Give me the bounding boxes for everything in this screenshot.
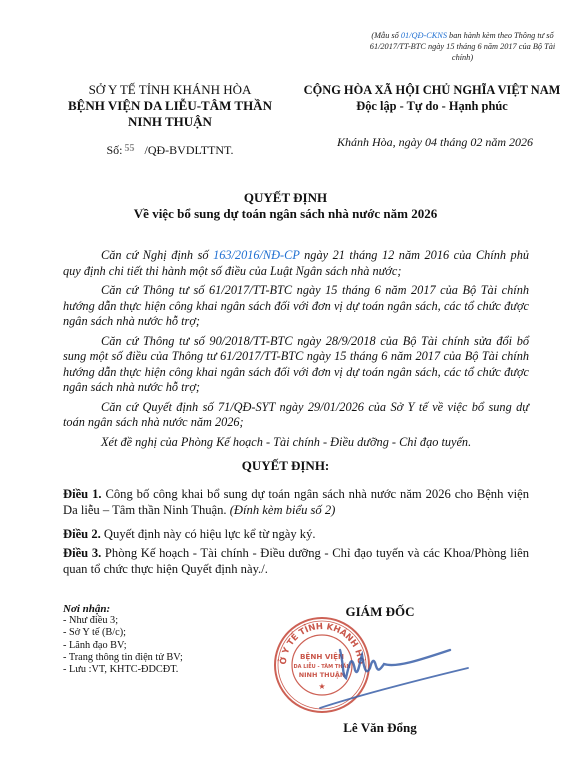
template-note: (Mẫu số 01/QĐ-CKNS ban hành kèm theo Thô… [360, 30, 565, 63]
recipient-item: - Như điều 3; [63, 615, 283, 627]
issuer-header: SỞ Y TẾ TỈNH KHÁNH HÒA BỆNH VIỆN DA LIỄU… [40, 82, 300, 158]
national-header: CỘNG HÒA XÃ HỘI CHỦ NGHĨA VIỆT NAM Độc l… [293, 82, 571, 150]
signer-role: GIÁM ĐỐC [300, 604, 460, 620]
preamble-text: Căn cứ Nghị định số [101, 248, 213, 262]
document-subject: Về việc bổ sung dự toán ngân sách nhà nư… [0, 206, 571, 222]
hospital-name-line1: BỆNH VIỆN DA LIỄU-TÂM THẦN [40, 98, 300, 114]
recipient-item: - Lãnh đạo BV; [63, 640, 283, 652]
preamble-item: Căn cứ Thông tư số 61/2017/TT-BTC ngày 1… [63, 283, 529, 330]
signer-name: Lê Văn Đổng [300, 720, 460, 736]
preamble-item: Xét đề nghị của Phòng Kế hoạch - Tài chí… [63, 435, 529, 451]
national-motto: Độc lập - Tự do - Hạnh phúc [293, 98, 571, 114]
number-suffix: /QĐ-BVDLTTNT. [145, 143, 234, 157]
number-label: Số: [106, 143, 122, 157]
articles: Điều 1. Công bố công khai bổ sung dự toá… [63, 486, 529, 585]
recipients-heading: Nơi nhận: [63, 603, 283, 615]
decision-heading: QUYẾT ĐỊNH: [0, 458, 571, 474]
department-name: SỞ Y TẾ TỈNH KHÁNH HÒA [40, 82, 300, 98]
article-2: Điều 2. Quyết định này có hiệu lực kể từ… [63, 526, 529, 542]
signature-scribble-icon [300, 620, 470, 720]
article-note: (Đính kèm biểu số 2) [230, 503, 336, 517]
signature-block: GIÁM ĐỐC Lê Văn Đổng [300, 604, 460, 620]
recipient-item: - Lưu :VT, KHTC-ĐDCĐT. [63, 664, 283, 676]
nation-name: CỘNG HÒA XÃ HỘI CHỦ NGHĨA VIỆT NAM [293, 82, 571, 98]
article-1: Điều 1. Công bố công khai bổ sung dự toá… [63, 486, 529, 518]
place-date: Khánh Hòa, ngày 04 tháng 02 năm 2026 [293, 134, 571, 150]
preamble-item: Căn cứ Nghị định số 163/2016/NĐ-CP ngày … [63, 248, 529, 279]
recipient-item: - Sở Y tế (B/c); [63, 627, 283, 639]
article-label: Điều 3. [63, 546, 101, 560]
article-label: Điều 1. [63, 487, 102, 501]
article-text: Quyết định này có hiệu lực kể từ ngày ký… [101, 527, 316, 541]
document-title: QUYẾT ĐỊNH Về việc bổ sung dự toán ngân … [0, 190, 571, 222]
preamble: Căn cứ Nghị định số 163/2016/NĐ-CP ngày … [63, 248, 529, 454]
decree-link[interactable]: 163/2016/NĐ-CP [213, 248, 300, 262]
number-value: 55 [125, 143, 135, 154]
preamble-item: Căn cứ Thông tư số 90/2018/TT-BTC ngày 2… [63, 334, 529, 396]
form-code-link[interactable]: 01/QĐ-CKNS [401, 31, 447, 40]
document-number: Số:55/QĐ-BVDLTTNT. [40, 141, 300, 158]
hospital-name-line2: NINH THUẬN [40, 114, 300, 130]
recipient-item: - Trang thông tin điện tử BV; [63, 652, 283, 664]
handwritten-signature [300, 620, 470, 720]
article-3: Điều 3. Phòng Kế hoạch - Tài chính - Điề… [63, 545, 529, 577]
recipients: Nơi nhận: - Như điều 3; - Sở Y tế (B/c);… [63, 603, 283, 676]
preamble-item: Căn cứ Quyết định số 71/QĐ-SYT ngày 29/0… [63, 400, 529, 431]
article-text: Phòng Kế hoạch - Tài chính - Điều dưỡng … [63, 546, 529, 576]
template-note-prefix: (Mẫu số [371, 31, 401, 40]
article-label: Điều 2. [63, 527, 101, 541]
document-type: QUYẾT ĐỊNH [0, 190, 571, 206]
